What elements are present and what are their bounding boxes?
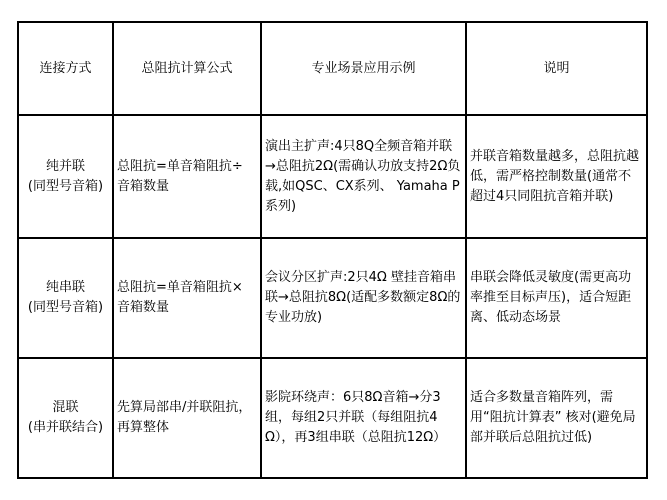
table-header-row: 连接方式 总阻抗计算公式 专业场景应用示例 说明 bbox=[18, 22, 647, 115]
formula-cell-series: 总阻抗=单音箱阻抗× 音箱数量 bbox=[113, 238, 261, 358]
note-cell-parallel: 并联音箱数量越多，总阻抗越低，需严格控制数量(通常不超过4只同阻抗音箱并联) bbox=[466, 115, 647, 238]
document-page: 连接方式 总阻抗计算公式 专业场景应用示例 说明 纯并联 (同型号音箱) 总阻抗… bbox=[0, 0, 667, 500]
method-subtext: (同型号音箱) bbox=[25, 177, 106, 197]
table-row: 混联 (串并联结合) 先算局部串/并联阻抗，再算整体 影院环绕声：6只8Ω音箱→… bbox=[18, 358, 647, 478]
method-subtext: (串并联结合) bbox=[25, 418, 106, 438]
method-cell-series: 纯串联 (同型号音箱) bbox=[18, 238, 113, 358]
formula-cell-parallel: 总阻抗=单音箱阻抗÷ 音箱数量 bbox=[113, 115, 261, 238]
header-example: 专业场景应用示例 bbox=[261, 22, 466, 115]
note-cell-mixed: 适合多数量音箱阵列，需用“阻抗计算表” 核对(避免局部并联后总阻抗过低) bbox=[466, 358, 647, 478]
example-cell-parallel: 演出主扩声:4只8Q全频音箱并联→总阻抗2Ω(需确认功放支持2Ω负载,如QSC、… bbox=[261, 115, 466, 238]
table-row: 纯并联 (同型号音箱) 总阻抗=单音箱阻抗÷ 音箱数量 演出主扩声:4只8Q全频… bbox=[18, 115, 647, 238]
method-name: 混联 bbox=[25, 398, 106, 418]
note-cell-series: 串联会降低灵敏度(需更高功率推至目标声压)，适合短距离、低动态场景 bbox=[466, 238, 647, 358]
method-name: 纯并联 bbox=[25, 157, 106, 177]
table-row: 纯串联 (同型号音箱) 总阻抗=单音箱阻抗× 音箱数量 会议分区扩声:2只4Ω … bbox=[18, 238, 647, 358]
example-cell-mixed: 影院环绕声：6只8Ω音箱→分3组，每组2只并联（每组阻抗4Ω），再3组串联（总阻… bbox=[261, 358, 466, 478]
impedance-table: 连接方式 总阻抗计算公式 专业场景应用示例 说明 纯并联 (同型号音箱) 总阻抗… bbox=[17, 21, 648, 479]
example-cell-series: 会议分区扩声:2只4Ω 壁挂音箱串联→总阻抗8Ω(适配多数额定8Ω的专业功放) bbox=[261, 238, 466, 358]
header-connection-method: 连接方式 bbox=[18, 22, 113, 115]
method-cell-mixed: 混联 (串并联结合) bbox=[18, 358, 113, 478]
header-note: 说明 bbox=[466, 22, 647, 115]
method-subtext: (同型号音箱) bbox=[25, 298, 106, 318]
method-name: 纯串联 bbox=[25, 278, 106, 298]
header-formula: 总阻抗计算公式 bbox=[113, 22, 261, 115]
method-cell-parallel: 纯并联 (同型号音箱) bbox=[18, 115, 113, 238]
formula-cell-mixed: 先算局部串/并联阻抗，再算整体 bbox=[113, 358, 261, 478]
